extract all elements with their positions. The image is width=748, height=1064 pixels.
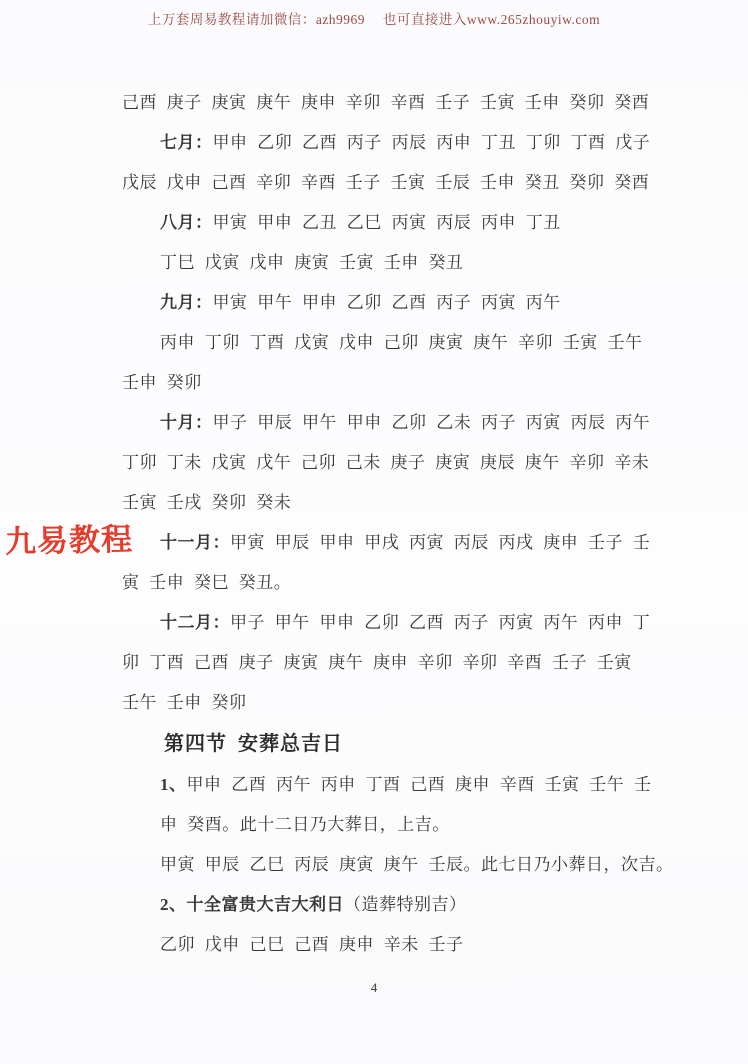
text-line: 十一月：甲寅 甲辰 甲申 甲戌 丙寅 丙辰 丙戌 庚申 壬子 壬	[122, 523, 718, 563]
line-text: 甲寅 甲午 甲申 乙卯 乙酉 丙子 丙寅 丙午	[213, 293, 561, 312]
document-page: 上万套周易教程请加微信：azh9969 也可直接进入www.265zhouyiw…	[0, 0, 748, 1064]
line-text: 甲子 甲午 甲申 乙卯 乙酉 丙子 丙寅 丙午 丙申 丁	[230, 613, 650, 632]
line-text: 甲子 甲辰 甲午 甲申 乙卯 乙未 丙子 丙寅 丙辰 丙午	[213, 413, 651, 432]
line-text: 甲申 乙酉 丙午 丙申 丁酉 己酉 庚申 辛酉 壬寅 壬午 壬	[187, 775, 652, 794]
header-promo-text: 上万套周易教程请加微信：azh9969 也可直接进入www.265zhouyiw…	[148, 12, 600, 27]
text-line: 申 癸酉。此十二日乃大葬日，上吉。	[122, 805, 718, 845]
line-text: （造葬特别吉）	[344, 895, 467, 914]
text-line: 十二月：甲子 甲午 甲申 乙卯 乙酉 丙子 丙寅 丙午 丙申 丁	[122, 603, 718, 643]
text-line: 戊辰 戊申 己酉 辛卯 辛酉 壬子 壬寅 壬辰 壬申 癸丑 癸卯 癸酉	[122, 163, 718, 203]
line-text: 甲寅 甲辰 甲申 甲戌 丙寅 丙辰 丙戌 庚申 壬子 壬	[230, 533, 650, 552]
month-label: 十二月：	[160, 613, 230, 632]
text-line: 壬寅 壬戌 癸卯 癸未	[122, 483, 718, 523]
month-label: 九月：	[160, 293, 213, 312]
month-label: 七月：	[160, 133, 213, 152]
month-label: 十一月：	[160, 533, 230, 552]
line-text: 寅 壬申 癸巳 癸丑。	[122, 573, 291, 592]
line-text: 甲寅 甲辰 乙巳 丙辰 庚寅 庚午 壬辰。此七日乃小葬日，次吉。	[160, 855, 674, 874]
line-text: 卯 丁酉 己酉 庚子 庚寅 庚午 庚申 辛卯 辛卯 辛酉 壬子 壬寅	[122, 653, 632, 672]
line-text: 乙卯 戊申 己巳 己酉 庚申 辛未 壬子	[160, 935, 464, 954]
text-line: 丙申 丁卯 丁酉 戊寅 戊申 己卯 庚寅 庚午 辛卯 壬寅 壬午	[122, 323, 718, 363]
line-text: 壬午 壬申 癸卯	[122, 693, 247, 712]
text-line: 乙卯 戊申 己巳 己酉 庚申 辛未 壬子	[122, 925, 718, 965]
line-text: 壬寅 壬戌 癸卯 癸未	[122, 493, 291, 512]
text-line: 丁卯 丁未 戊寅 戊午 己卯 己未 庚子 庚寅 庚辰 庚午 辛卯 辛未	[122, 443, 718, 483]
line-text: 甲寅 甲申 乙丑 乙巳 丙寅 丙辰 丙申 丁丑	[213, 213, 561, 232]
text-line: 己酉 庚子 庚寅 庚午 庚申 辛卯 辛酉 壬子 壬寅 壬申 癸卯 癸酉	[122, 83, 718, 123]
text-line: 七月：甲申 乙卯 乙酉 丙子 丙辰 丙申 丁丑 丁卯 丁酉 戊子	[122, 123, 718, 163]
text-line: 八月：甲寅 甲申 乙丑 乙巳 丙寅 丙辰 丙申 丁丑	[122, 203, 718, 243]
text-line: 甲寅 甲辰 乙巳 丙辰 庚寅 庚午 壬辰。此七日乃小葬日，次吉。	[122, 845, 718, 885]
section-heading: 第四节 安葬总吉日	[122, 723, 718, 765]
list-title: 十全富贵大吉大利日	[187, 895, 345, 914]
text-line: 卯 丁酉 己酉 庚子 庚寅 庚午 庚申 辛卯 辛卯 辛酉 壬子 壬寅	[122, 643, 718, 683]
line-text: 戊辰 戊申 己酉 辛卯 辛酉 壬子 壬寅 壬辰 壬申 癸丑 癸卯 癸酉	[122, 173, 649, 192]
line-text: 丁卯 丁未 戊寅 戊午 己卯 己未 庚子 庚寅 庚辰 庚午 辛卯 辛未	[122, 453, 649, 472]
line-text: 丙申 丁卯 丁酉 戊寅 戊申 己卯 庚寅 庚午 辛卯 壬寅 壬午	[160, 333, 643, 352]
list-number: 1、	[160, 775, 187, 794]
line-text: 丁巳 戊寅 戊申 庚寅 壬寅 壬申 癸丑	[160, 253, 464, 272]
watermark-text: 九易教程	[5, 522, 134, 560]
page-content: 己酉 庚子 庚寅 庚午 庚申 辛卯 辛酉 壬子 壬寅 壬申 癸卯 癸酉 七月：甲…	[122, 83, 718, 965]
month-label: 八月：	[160, 213, 213, 232]
text-line: 寅 壬申 癸巳 癸丑。	[122, 563, 718, 603]
month-label: 十月：	[160, 413, 213, 432]
text-line: 壬午 壬申 癸卯	[122, 683, 718, 723]
text-line: 十月：甲子 甲辰 甲午 甲申 乙卯 乙未 丙子 丙寅 丙辰 丙午	[122, 403, 718, 443]
line-text: 申 癸酉。此十二日乃大葬日，上吉。	[160, 815, 450, 834]
text-line: 1、甲申 乙酉 丙午 丙申 丁酉 己酉 庚申 辛酉 壬寅 壬午 壬	[122, 765, 718, 805]
line-text: 甲申 乙卯 乙酉 丙子 丙辰 丙申 丁丑 丁卯 丁酉 戊子	[213, 133, 651, 152]
page-header: 上万套周易教程请加微信：azh9969 也可直接进入www.265zhouyiw…	[0, 8, 748, 28]
line-text: 己酉 庚子 庚寅 庚午 庚申 辛卯 辛酉 壬子 壬寅 壬申 癸卯 癸酉	[122, 93, 649, 112]
page-number: 4	[371, 980, 378, 995]
text-line: 九月：甲寅 甲午 甲申 乙卯 乙酉 丙子 丙寅 丙午	[122, 283, 718, 323]
section-title: 第四节 安葬总吉日	[164, 733, 343, 755]
list-number: 2、	[160, 895, 187, 914]
text-line: 壬申 癸卯	[122, 363, 718, 403]
line-text: 壬申 癸卯	[122, 373, 202, 392]
text-line: 丁巳 戊寅 戊申 庚寅 壬寅 壬申 癸丑	[122, 243, 718, 283]
watermark-stamp: 九易教程	[5, 514, 134, 562]
page-footer: 4	[0, 980, 748, 996]
text-line: 2、十全富贵大吉大利日（造葬特别吉）	[122, 885, 718, 925]
